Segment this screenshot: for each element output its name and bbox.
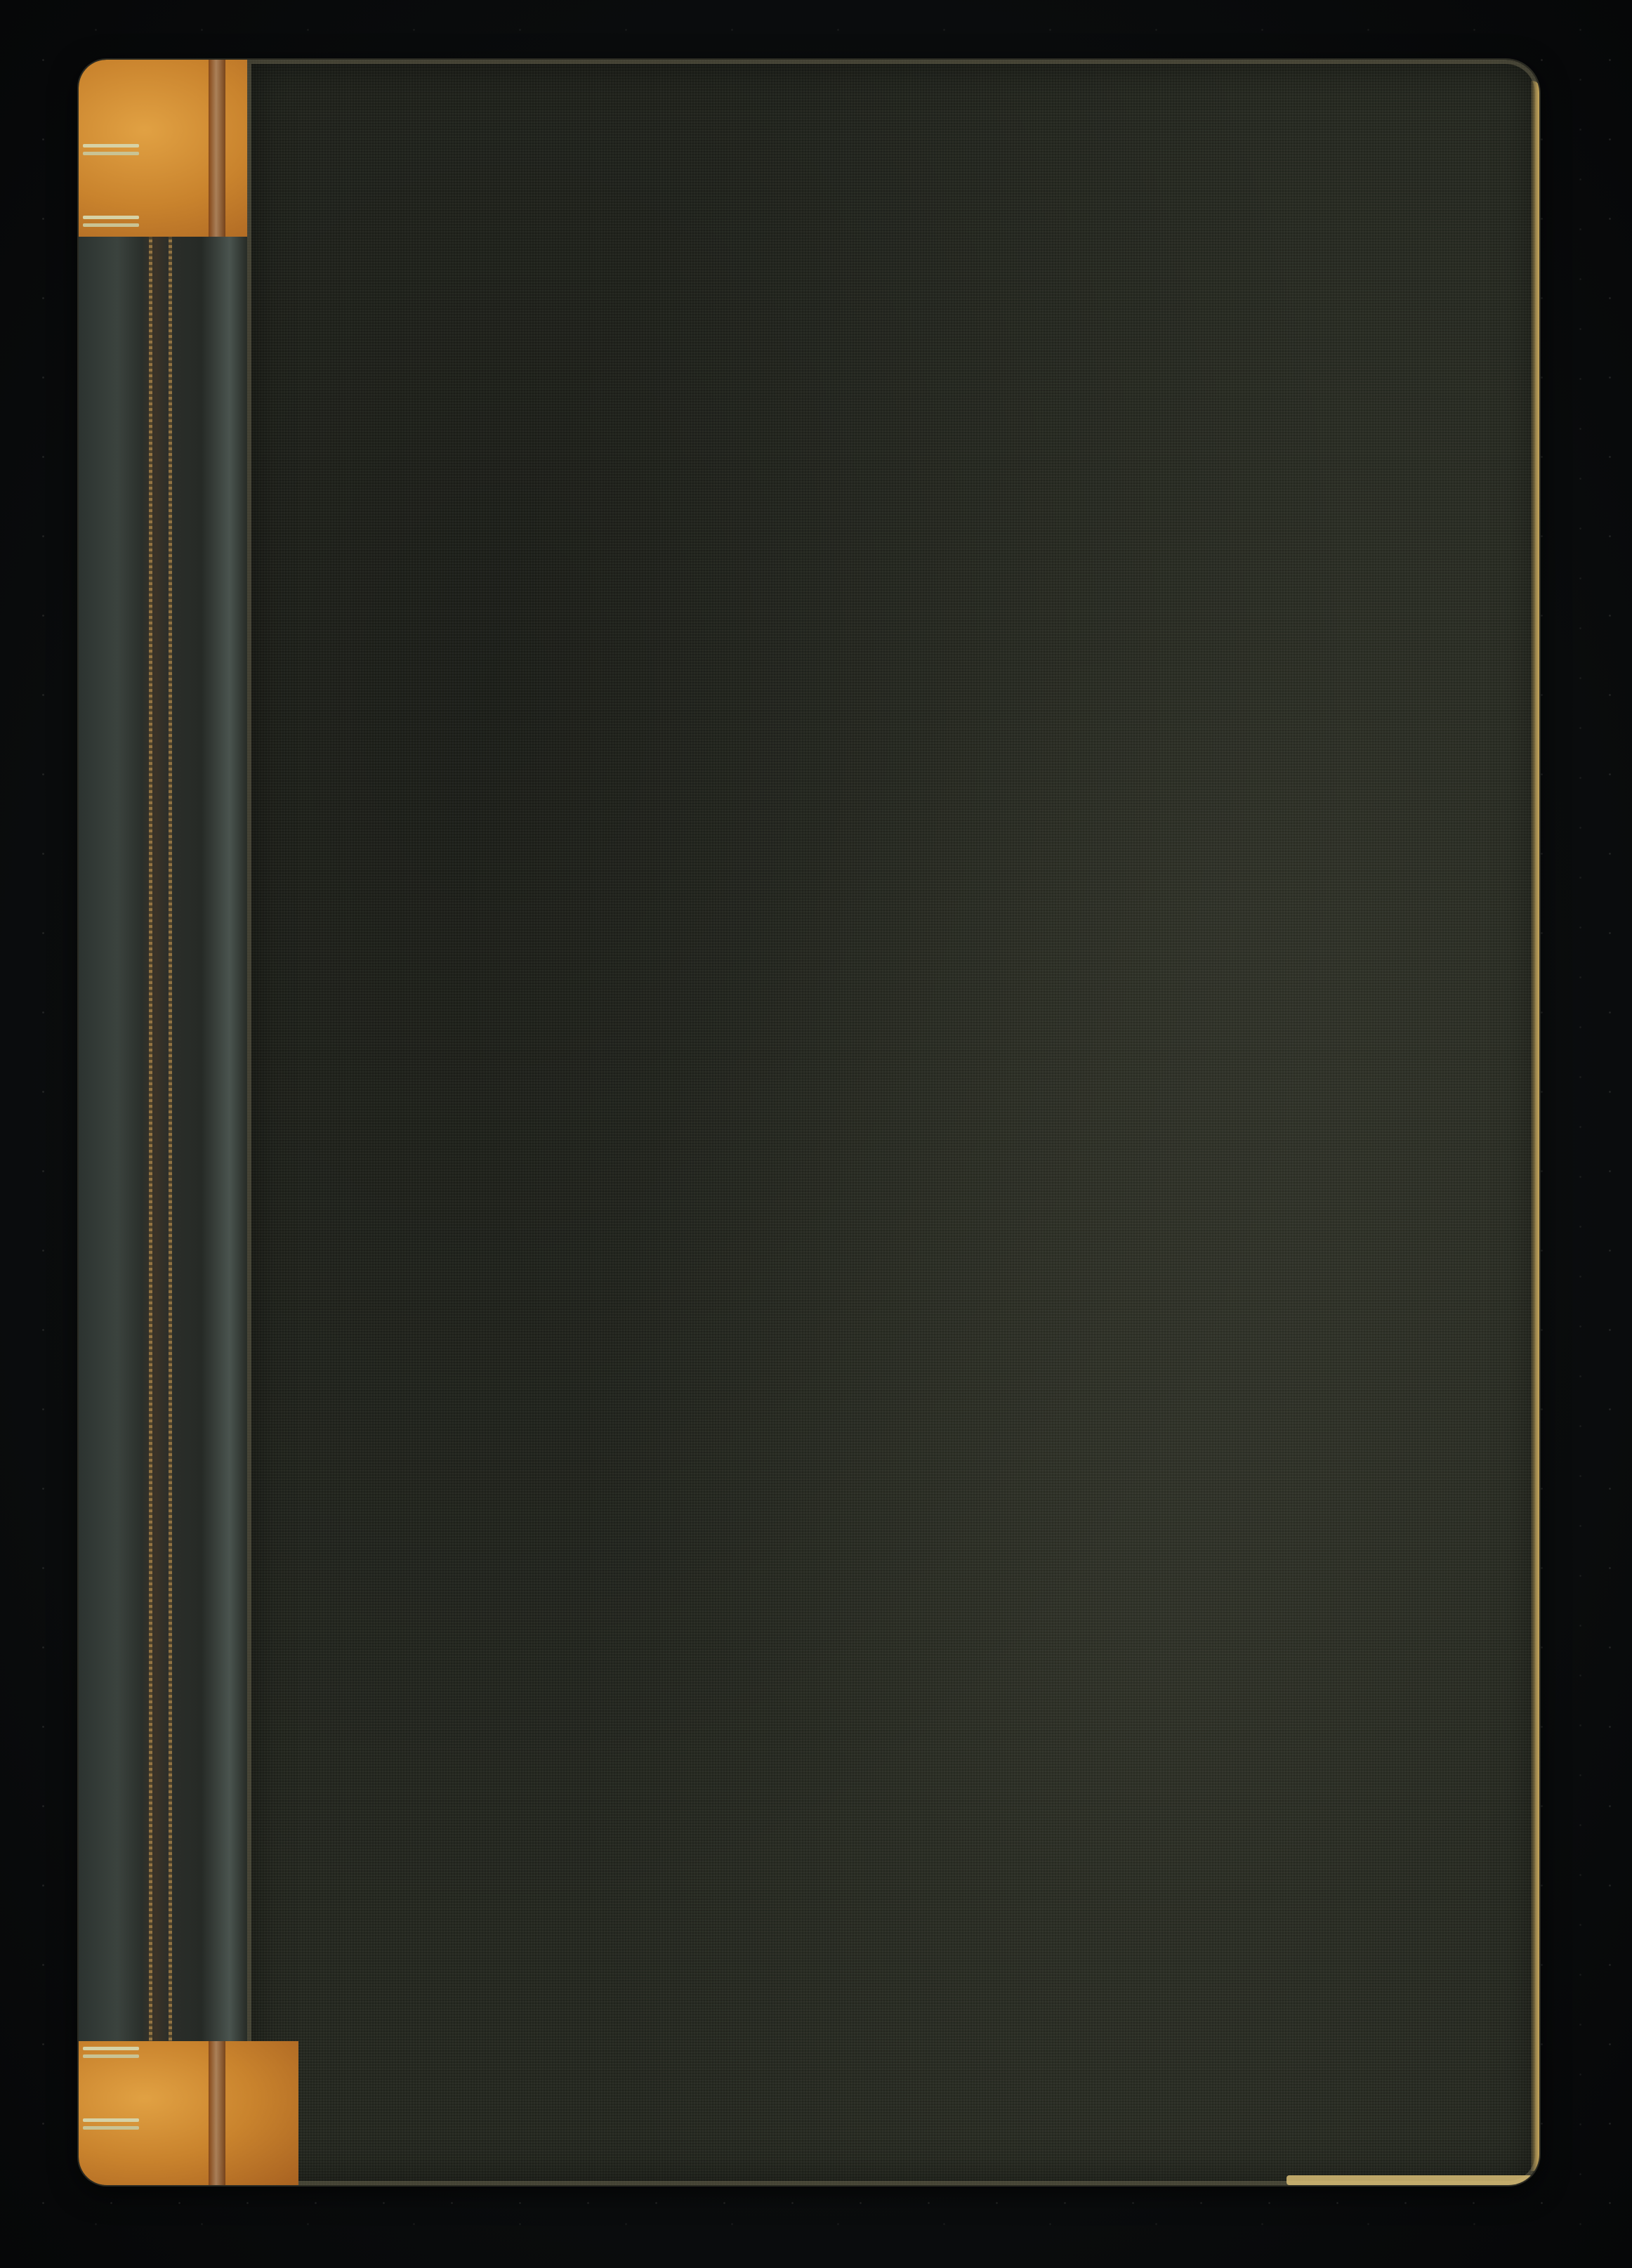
spine-hinge-groove (209, 60, 225, 237)
photo-scene (0, 0, 1632, 2268)
spine-tooling-line (149, 60, 152, 2185)
book-spine (79, 60, 254, 2185)
gilt-rule (83, 144, 139, 148)
book (79, 60, 1539, 2185)
front-cover-board (247, 60, 1539, 2185)
board-worn-bottom-edge (1286, 2175, 1532, 2185)
gilt-rule (83, 2118, 139, 2122)
leather-tail-cap (79, 2041, 298, 2185)
spine-tooling-line (169, 60, 172, 2185)
spine-hinge-groove (209, 2041, 225, 2185)
board-worn-edge (1531, 81, 1539, 2171)
gilt-rule (83, 216, 139, 219)
gilt-rule (83, 2047, 139, 2050)
